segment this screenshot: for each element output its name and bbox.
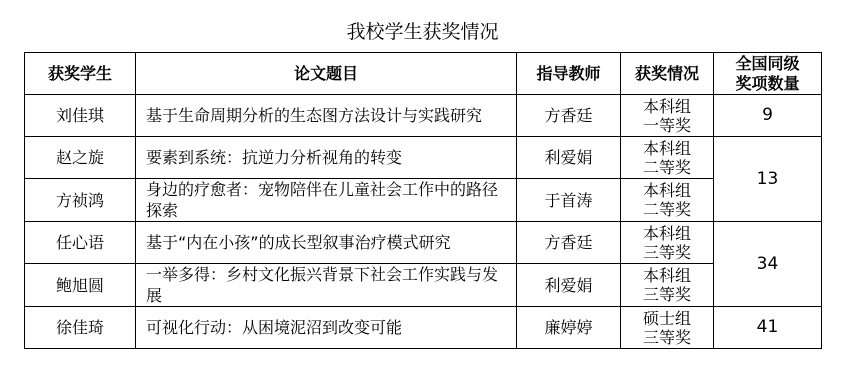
awards-table: 获奖学生 论文题目 指导教师 获奖情况 全国同级奖项数量 刘佳琪 基于生命周期分…	[24, 52, 822, 349]
award-level: 二等奖	[621, 200, 713, 219]
table-row: 方祯鸿 身边的疗愈者：宠物陪伴在儿童社会工作中的路径探索 于首涛 本科组 二等奖	[25, 179, 822, 222]
cell-student: 刘佳琪	[25, 95, 136, 137]
table-row: 徐佳琦 可视化行动：从困境泥沼到改变可能 廉婷婷 硕士组 三等奖 41	[25, 307, 822, 349]
cell-paper-title: 一举多得：乡村文化振兴背景下社会工作实践与发展	[136, 264, 517, 307]
cell-advisor: 于首涛	[517, 179, 621, 222]
cell-advisor: 利爱娟	[517, 264, 621, 307]
cell-student: 徐佳琦	[25, 307, 136, 349]
header-student: 获奖学生	[25, 53, 136, 95]
award-level: 三等奖	[621, 285, 713, 304]
cell-award: 本科组 三等奖	[621, 264, 714, 307]
award-group: 本科组	[621, 181, 713, 200]
cell-national-count: 13	[714, 137, 822, 222]
award-group: 本科组	[621, 139, 713, 158]
award-group: 本科组	[621, 224, 713, 243]
cell-award: 本科组 二等奖	[621, 179, 714, 222]
table-row: 赵之旋 要素到系统：抗逆力分析视角的转变 利爱娟 本科组 二等奖 13	[25, 137, 822, 179]
award-group: 本科组	[621, 97, 713, 116]
award-level: 三等奖	[621, 328, 713, 347]
table-row: 刘佳琪 基于生命周期分析的生态图方法设计与实践研究 方香廷 本科组 一等奖 9	[25, 95, 822, 137]
cell-student: 鲍旭圆	[25, 264, 136, 307]
award-level: 一等奖	[621, 116, 713, 135]
header-award: 获奖情况	[621, 53, 714, 95]
cell-national-count: 41	[714, 307, 822, 349]
header-advisor: 指导教师	[517, 53, 621, 95]
cell-advisor: 利爱娟	[517, 137, 621, 179]
document-title: 我校学生获奖情况	[24, 18, 821, 46]
cell-paper-title: 要素到系统：抗逆力分析视角的转变	[136, 137, 517, 179]
cell-paper-title: 基于生命周期分析的生态图方法设计与实践研究	[136, 95, 517, 137]
award-level: 二等奖	[621, 158, 713, 177]
cell-national-count: 9	[714, 95, 822, 137]
cell-award: 本科组 一等奖	[621, 95, 714, 137]
cell-student: 方祯鸿	[25, 179, 136, 222]
cell-paper-title: 基于“内在小孩”的成长型叙事治疗模式研究	[136, 222, 517, 264]
table-row: 任心语 基于“内在小孩”的成长型叙事治疗模式研究 方香廷 本科组 三等奖 34	[25, 222, 822, 264]
table-row: 鲍旭圆 一举多得：乡村文化振兴背景下社会工作实践与发展 利爱娟 本科组 三等奖	[25, 264, 822, 307]
header-national-count: 全国同级奖项数量	[714, 53, 822, 95]
cell-award: 本科组 二等奖	[621, 137, 714, 179]
cell-student: 赵之旋	[25, 137, 136, 179]
header-paper-title: 论文题目	[136, 53, 517, 95]
cell-advisor: 方香廷	[517, 222, 621, 264]
cell-award: 硕士组 三等奖	[621, 307, 714, 349]
award-group: 本科组	[621, 266, 713, 285]
table-header-row: 获奖学生 论文题目 指导教师 获奖情况 全国同级奖项数量	[25, 53, 822, 95]
award-level: 三等奖	[621, 243, 713, 262]
cell-national-count: 34	[714, 222, 822, 307]
cell-paper-title: 身边的疗愈者：宠物陪伴在儿童社会工作中的路径探索	[136, 179, 517, 222]
cell-award: 本科组 三等奖	[621, 222, 714, 264]
cell-paper-title: 可视化行动：从困境泥沼到改变可能	[136, 307, 517, 349]
cell-student: 任心语	[25, 222, 136, 264]
cell-advisor: 方香廷	[517, 95, 621, 137]
award-group: 硕士组	[621, 309, 713, 328]
cell-advisor: 廉婷婷	[517, 307, 621, 349]
